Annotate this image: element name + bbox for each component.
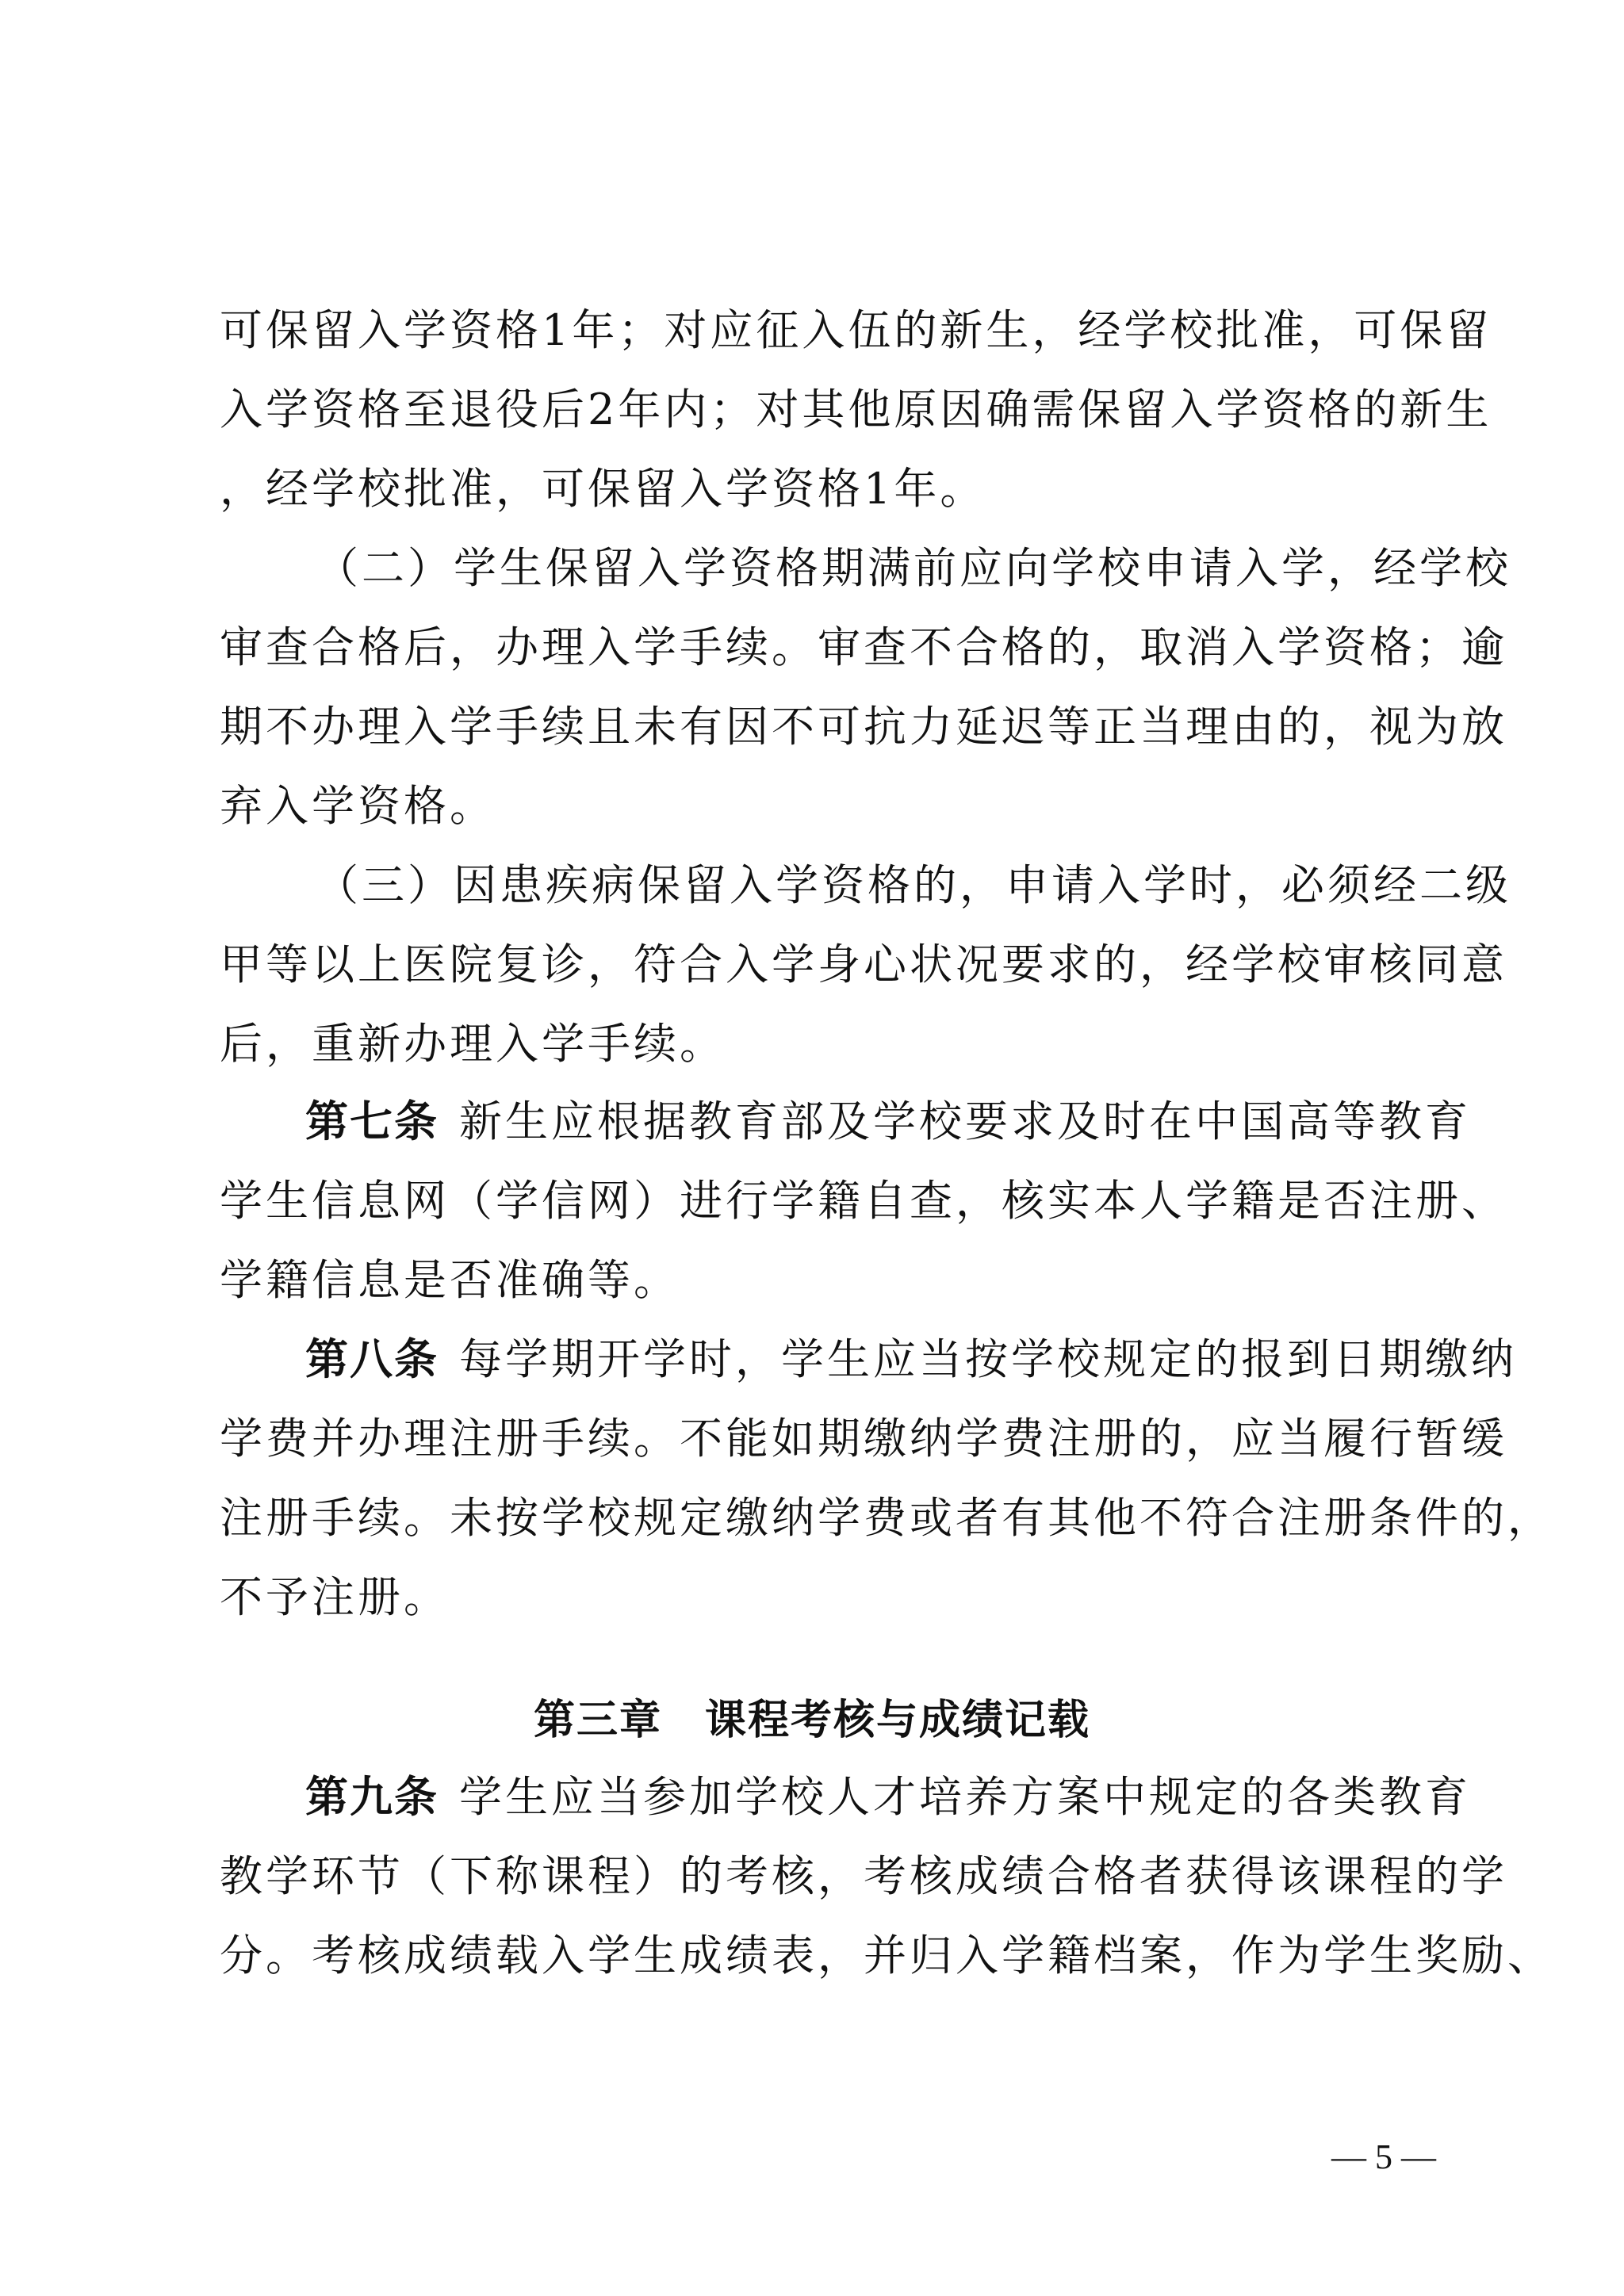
paragraph-line: 学费并办理注册手续。不能如期缴纳学费注册的，应当履行暂缓 <box>220 1414 1447 1464</box>
document-page: 可保留入学资格1年；对应征入伍的新生，经学校批准，可保留 入学资格至退役后2年内… <box>0 0 1624 2296</box>
paragraph-line: （二）学生保留入学资格期满前应向学校申请入学，经学校 <box>316 543 1447 594</box>
paragraph-line: 弃入学资格。 <box>220 781 1447 832</box>
paragraph-line: 后，重新办理入学手续。 <box>220 1019 1447 1070</box>
article-8-first-line: 第八条每学期开学时，学生应当按学校规定的报到日期缴纳 <box>305 1334 1447 1385</box>
chapter-title: 课程考核与成绩记载 <box>705 1697 1090 1744</box>
page-number: — 5 — <box>1312 2137 1455 2177</box>
chapter-number: 第三章 <box>534 1697 662 1744</box>
article-label: 第九条 <box>305 1772 439 1822</box>
article-7-first-line: 第七条新生应根据教育部及学校要求及时在中国高等教育 <box>305 1096 1447 1147</box>
paragraph-line: （三）因患疾病保留入学资格的，申请入学时，必须经二级 <box>316 860 1447 911</box>
chapter-heading: 第三章课程考核与成绩记载 <box>0 1693 1624 1747</box>
paragraph-line: 教学环节（下称课程）的考核，考核成绩合格者获得该课程的学 <box>220 1851 1447 1902</box>
article-text: 新生应根据教育部及学校要求及时在中国高等教育 <box>459 1096 1471 1146</box>
paragraph-line: 入学资格至退役后2年内；对其他原因确需保留入学资格的新生 <box>220 385 1447 435</box>
article-text: 学生应当参加学校人才培养方案中规定的各类教育 <box>459 1772 1471 1822</box>
paragraph-line: 审查合格后，办理入学手续。审查不合格的，取消入学资格；逾 <box>220 622 1447 673</box>
paragraph-line: 甲等以上医院复诊，符合入学身心状况要求的，经学校审核同意 <box>220 939 1447 990</box>
article-label: 第七条 <box>305 1096 439 1146</box>
article-label: 第八条 <box>305 1334 439 1384</box>
article-9-first-line: 第九条学生应当参加学校人才培养方案中规定的各类教育 <box>305 1772 1447 1823</box>
paragraph-line: ，经学校批准，可保留入学资格1年。 <box>220 464 1447 515</box>
paragraph-line: 学籍信息是否准确等。 <box>220 1255 1447 1306</box>
article-text: 每学期开学时，学生应当按学校规定的报到日期缴纳 <box>459 1334 1517 1384</box>
paragraph-line: 期不办理入学手续且未有因不可抗力延迟等正当理由的，视为放 <box>220 702 1447 752</box>
paragraph-line: 注册手续。未按学校规定缴纳学费或者有其他不符合注册条件的， <box>220 1493 1447 1544</box>
paragraph-line: 分。考核成绩载入学生成绩表，并归入学籍档案，作为学生奖励、 <box>220 1931 1447 1981</box>
paragraph-line: 可保留入学资格1年；对应征入伍的新生，经学校批准，可保留 <box>220 305 1447 356</box>
paragraph-line: 不予注册。 <box>220 1572 1447 1623</box>
paragraph-line: 学生信息网（学信网）进行学籍自查，核实本人学籍是否注册、 <box>220 1176 1447 1226</box>
